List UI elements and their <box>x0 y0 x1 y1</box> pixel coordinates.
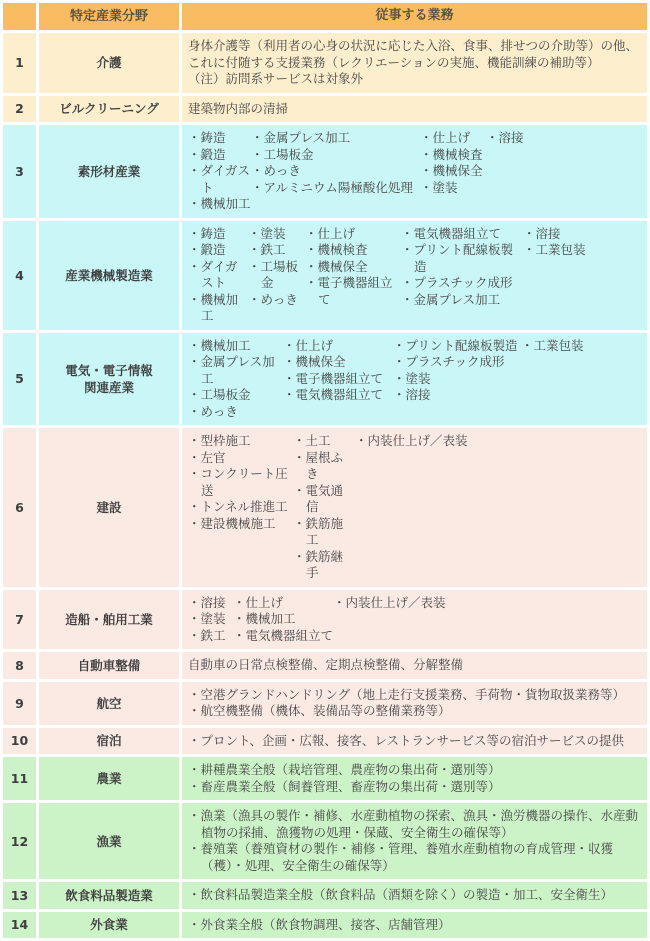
work-bullet-item: ・機械検査 <box>420 147 486 164</box>
work-bullet-item: ・漁業（漁具の製作・補修、水産動植物の探索、漁具・漁労機器の操作、水産動植物の採… <box>188 808 641 841</box>
header-field-cell: 特定産業分野 <box>39 3 179 30</box>
work-column: ・溶接 <box>486 130 641 147</box>
work-bullet-item: ・工業包装 <box>521 338 641 355</box>
industry-field-cell: 介護 <box>39 33 179 93</box>
work-bullet-item: ・電気機器組立て <box>233 628 333 645</box>
industry-field-cell: 素形材産業 <box>39 125 179 218</box>
work-bullet-item: ・電子機器組立て <box>305 275 401 308</box>
work-bullet-item: ・プロント、企画・広報、接客、レストランサービス等の宿泊サービスの提供 <box>188 733 641 750</box>
work-bullet-item: ・プリント配線板製造 <box>393 338 521 355</box>
work-bullet-item: ・電気機器組立て <box>283 387 393 404</box>
work-bullet-item: ・プリント配線板製造 <box>401 242 523 275</box>
work-bullet-item: ・金属プレス加工 <box>188 354 283 387</box>
row-number-cell: 4 <box>3 221 36 330</box>
row-number-cell: 11 <box>3 757 36 800</box>
work-bullet-item: ・工場板金 <box>251 147 420 164</box>
work-bullet-item: ・耕種農業全般（栽培管理、農産物の集出荷・選別等） <box>188 762 641 779</box>
work-description-cell: 自動車の日常点検整備、定期点検整備、分解整備 <box>182 652 647 679</box>
work-bullet-item: ・外食業全般（飲食物調理、接客、店舗管理） <box>188 917 641 934</box>
work-description-cell: 身体介護等（利用者の心身の状況に応じた入浴、食事、排せつの介助等）の他、これに付… <box>182 33 647 93</box>
work-description-cell: ・溶接・塗装・鉄工・仕上げ・機械加工・電気機器組立て・内装仕上げ／表装 <box>182 590 647 650</box>
work-bullet-item: ・仕上げ <box>283 338 393 355</box>
header-work-cell: 従事する業務 <box>182 3 647 30</box>
work-description-cell: ・外食業全般（飲食物調理、接客、店舗管理） <box>182 912 647 939</box>
work-bullet-item: ・溶接 <box>486 130 641 147</box>
work-bullet-item: ・仕上げ <box>305 226 401 243</box>
industry-field-cell: 漁業 <box>39 803 179 879</box>
work-bullet-item: ・内装仕上げ／表装 <box>333 595 641 612</box>
work-bullet-item: ・型枠施工 <box>188 433 293 450</box>
work-bullet-item: ・機械保全 <box>283 354 393 371</box>
industry-field-cell: 電気・電子情報 関連産業 <box>39 333 179 426</box>
row-number-cell: 2 <box>3 96 36 123</box>
work-bullet-item: ・塗装 <box>420 180 486 197</box>
row-number-cell: 8 <box>3 652 36 679</box>
work-column: ・型枠施工・左官・コンクリート圧送・トンネル推進工・建設機械施工 <box>188 433 293 532</box>
work-bullet-item: ・建設機械施工 <box>188 516 293 533</box>
row-number-cell: 3 <box>3 125 36 218</box>
work-bullet-item: ・飲食料品製造業全般（飲食料品（酒類を除く）の製造・加工、安全衛生） <box>188 887 641 904</box>
row-number-cell: 14 <box>3 912 36 939</box>
table-row: 7造船・舶用工業・溶接・塗装・鉄工・仕上げ・機械加工・電気機器組立て・内装仕上げ… <box>3 590 647 650</box>
row-number-cell: 12 <box>3 803 36 879</box>
work-column: ・仕上げ・機械加工・電気機器組立て <box>233 595 333 645</box>
row-number-cell: 1 <box>3 33 36 93</box>
work-line: 身体介護等（利用者の心身の状況に応じた入浴、食事、排せつの介助等）の他、これに付… <box>188 38 641 71</box>
work-bullet-item: ・仕上げ <box>233 595 333 612</box>
table-header-row: 特定産業分野 従事する業務 <box>3 3 647 30</box>
work-column: ・工業包装 <box>521 338 641 355</box>
work-bullet-item: ・鍛造 <box>188 147 251 164</box>
work-bullet-item: ・塗装 <box>248 226 305 243</box>
work-bullet-item: ・アルミニウム陽極酸化処理 <box>251 180 420 197</box>
work-column: ・溶接・塗装・鉄工 <box>188 595 233 645</box>
work-description-cell: 建築物内部の清掃 <box>182 96 647 123</box>
industry-field-cell: 農業 <box>39 757 179 800</box>
industry-fields-table: 特定産業分野 従事する業務 1介護身体介護等（利用者の心身の状況に応じた入浴、食… <box>0 0 650 941</box>
industry-field-cell: 産業機械製造業 <box>39 221 179 330</box>
row-number-cell: 5 <box>3 333 36 426</box>
work-line: 自動車の日常点検整備、定期点検整備、分解整備 <box>188 657 641 674</box>
table-row: 11農業・耕種農業全般（栽培管理、農産物の集出荷・選別等）・畜産農業全般（飼養管… <box>3 757 647 800</box>
table-row: 14外食業・外食業全般（飲食物調理、接客、店舗管理） <box>3 912 647 939</box>
work-line: （注）訪問系サービスは対象外 <box>188 71 641 88</box>
work-column: ・仕上げ・機械保全・電子機器組立て・電気機器組立て <box>283 338 393 404</box>
work-bullet-item: ・塗装 <box>393 371 521 388</box>
work-bullet-item: ・養殖業（養殖資材の製作・補修・管理、養殖水産動植物の育成管理・収獲（穫）・処理… <box>188 841 641 874</box>
work-bullet-item: ・溶接 <box>188 595 233 612</box>
work-bullet-item: ・左官 <box>188 450 293 467</box>
work-bullet-item: ・畜産農業全般（飼養管理、畜産物の集出荷・選別等） <box>188 779 641 796</box>
work-bullet-item: ・鉄筋施工 <box>293 516 355 549</box>
work-bullet-item: ・航空機整備（機体、装備品等の整備業務等） <box>188 703 641 720</box>
table-row: 2ビルクリーニング建築物内部の清掃 <box>3 96 647 123</box>
work-column: ・土工・屋根ふき・電気通信・鉄筋施工・鉄筋継手 <box>293 433 355 582</box>
work-columns: ・溶接・塗装・鉄工・仕上げ・機械加工・電気機器組立て・内装仕上げ／表装 <box>188 595 641 645</box>
work-bullet-item: ・工場板金 <box>248 259 305 292</box>
work-bullet-item: ・めっき <box>188 404 283 421</box>
work-bullet-item: ・電気機器組立て <box>401 226 523 243</box>
header-number-cell <box>3 3 36 30</box>
work-bullet-item: ・機械保全 <box>420 163 486 180</box>
industry-field-cell: 自動車整備 <box>39 652 179 679</box>
work-bullet-item: ・鉄工 <box>248 242 305 259</box>
industry-field-cell: 宿泊 <box>39 728 179 755</box>
row-number-cell: 9 <box>3 682 36 725</box>
table-row: 4産業機械製造業・鋳造・鍛造・ダイガスト・機械加工・塗装・鉄工・工場板金・めっき… <box>3 221 647 330</box>
row-number-cell: 10 <box>3 728 36 755</box>
work-column: ・内装仕上げ／表装 <box>333 595 641 612</box>
work-bullet-item: ・鉄筋継手 <box>293 549 355 582</box>
work-columns: ・機械加工・金属プレス加工・工場板金・めっき・仕上げ・機械保全・電子機器組立て・… <box>188 338 641 421</box>
work-bullet-item: ・プラスチック成形 <box>393 354 521 371</box>
work-bullet-item: ・工場板金 <box>188 387 283 404</box>
table-row: 13飲食料品製造業・飲食料品製造業全般（飲食料品（酒類を除く）の製造・加工、安全… <box>3 882 647 909</box>
work-column: ・電気機器組立て・プリント配線板製造・プラスチック成形・金属プレス加工 <box>401 226 523 309</box>
work-bullet-item: ・溶接 <box>523 226 641 243</box>
industry-field-cell: 造船・舶用工業 <box>39 590 179 650</box>
table-row: 10宿泊・プロント、企画・広報、接客、レストランサービス等の宿泊サービスの提供 <box>3 728 647 755</box>
work-bullet-item: ・屋根ふき <box>293 450 355 483</box>
work-bullet-item: ・ダイガスト <box>188 259 248 292</box>
work-bullet-item: ・電子機器組立て <box>283 371 393 388</box>
row-number-cell: 13 <box>3 882 36 909</box>
table-row: 5電気・電子情報 関連産業・機械加工・金属プレス加工・工場板金・めっき・仕上げ・… <box>3 333 647 426</box>
work-column: ・仕上げ・機械検査・機械保全・塗装 <box>420 130 486 196</box>
work-column: ・内装仕上げ／表装 <box>355 433 641 450</box>
work-bullet-item: ・めっき <box>248 292 305 309</box>
work-description-cell: ・漁業（漁具の製作・補修、水産動植物の探索、漁具・漁労機器の操作、水産動植物の採… <box>182 803 647 879</box>
work-bullet-item: ・機械加工 <box>188 196 251 213</box>
row-number-cell: 7 <box>3 590 36 650</box>
work-description-cell: ・空港グランドハンドリング（地上走行支援業務、手荷物・貨物取扱業務等）・航空機整… <box>182 682 647 725</box>
work-bullet-item: ・仕上げ <box>420 130 486 147</box>
work-description-cell: ・耕種農業全般（栽培管理、農産物の集出荷・選別等）・畜産農業全般（飼養管理、畜産… <box>182 757 647 800</box>
work-columns: ・鋳造・鍛造・ダイガスト・機械加工・塗装・鉄工・工場板金・めっき・仕上げ・機械検… <box>188 226 641 325</box>
work-bullet-item: ・内装仕上げ／表装 <box>355 433 641 450</box>
work-column: ・機械加工・金属プレス加工・工場板金・めっき <box>188 338 283 421</box>
work-column: ・鋳造・鍛造・ダイガスト・機械加工 <box>188 130 251 213</box>
industry-field-cell: 建設 <box>39 428 179 587</box>
work-columns: ・鋳造・鍛造・ダイガスト・機械加工・金属プレス加工・工場板金・めっき・アルミニウ… <box>188 130 641 213</box>
work-column: ・塗装・鉄工・工場板金・めっき <box>248 226 305 309</box>
work-bullet-item: ・金属プレス加工 <box>251 130 420 147</box>
table-row: 9航空・空港グランドハンドリング（地上走行支援業務、手荷物・貨物取扱業務等）・航… <box>3 682 647 725</box>
work-column: ・仕上げ・機械検査・機械保全・電子機器組立て <box>305 226 401 309</box>
work-column: ・プリント配線板製造・プラスチック成形・塗装・溶接 <box>393 338 521 404</box>
work-bullet-item: ・鋳造 <box>188 226 248 243</box>
work-bullet-item: ・金属プレス加工 <box>401 292 523 309</box>
work-bullet-item: ・プラスチック成形 <box>401 275 523 292</box>
work-bullet-item: ・溶接 <box>393 387 521 404</box>
work-bullet-item: ・ダイガスト <box>188 163 251 196</box>
work-bullet-item: ・機械検査 <box>305 242 401 259</box>
work-description-cell: ・鋳造・鍛造・ダイガスト・機械加工・金属プレス加工・工場板金・めっき・アルミニウ… <box>182 125 647 218</box>
industry-field-cell: 外食業 <box>39 912 179 939</box>
row-number-cell: 6 <box>3 428 36 587</box>
work-bullet-item: ・電気通信 <box>293 483 355 516</box>
work-bullet-item: ・鋳造 <box>188 130 251 147</box>
work-columns: ・型枠施工・左官・コンクリート圧送・トンネル推進工・建設機械施工・土工・屋根ふき… <box>188 433 641 582</box>
industry-field-cell: 飲食料品製造業 <box>39 882 179 909</box>
work-bullet-item: ・塗装 <box>188 611 233 628</box>
table-row: 12漁業・漁業（漁具の製作・補修、水産動植物の探索、漁具・漁労機器の操作、水産動… <box>3 803 647 879</box>
work-description-cell: ・鋳造・鍛造・ダイガスト・機械加工・塗装・鉄工・工場板金・めっき・仕上げ・機械検… <box>182 221 647 330</box>
work-column: ・鋳造・鍛造・ダイガスト・機械加工 <box>188 226 248 325</box>
work-bullet-item: ・空港グランドハンドリング（地上走行支援業務、手荷物・貨物取扱業務等） <box>188 687 641 704</box>
work-bullet-item: ・土工 <box>293 433 355 450</box>
work-bullet-item: ・鉄工 <box>188 628 233 645</box>
work-description-cell: ・機械加工・金属プレス加工・工場板金・めっき・仕上げ・機械保全・電子機器組立て・… <box>182 333 647 426</box>
work-column: ・溶接・工業包装 <box>523 226 641 259</box>
work-bullet-item: ・鍛造 <box>188 242 248 259</box>
work-bullet-item: ・トンネル推進工 <box>188 499 293 516</box>
work-bullet-item: ・機械加工 <box>233 611 333 628</box>
work-column: ・金属プレス加工・工場板金・めっき・アルミニウム陽極酸化処理 <box>251 130 420 196</box>
table-row: 3素形材産業・鋳造・鍛造・ダイガスト・機械加工・金属プレス加工・工場板金・めっき… <box>3 125 647 218</box>
table-row: 1介護身体介護等（利用者の心身の状況に応じた入浴、食事、排せつの介助等）の他、こ… <box>3 33 647 93</box>
work-description-cell: ・型枠施工・左官・コンクリート圧送・トンネル推進工・建設機械施工・土工・屋根ふき… <box>182 428 647 587</box>
work-bullet-item: ・機械加工 <box>188 292 248 325</box>
work-description-cell: ・プロント、企画・広報、接客、レストランサービス等の宿泊サービスの提供 <box>182 728 647 755</box>
work-bullet-item: ・コンクリート圧送 <box>188 466 293 499</box>
work-line: 建築物内部の清掃 <box>188 101 641 118</box>
industry-field-cell: ビルクリーニング <box>39 96 179 123</box>
work-bullet-item: ・機械加工 <box>188 338 283 355</box>
table-row: 8自動車整備自動車の日常点検整備、定期点検整備、分解整備 <box>3 652 647 679</box>
work-bullet-item: ・機械保全 <box>305 259 401 276</box>
work-description-cell: ・飲食料品製造業全般（飲食料品（酒類を除く）の製造・加工、安全衛生） <box>182 882 647 909</box>
work-bullet-item: ・工業包装 <box>523 242 641 259</box>
work-bullet-item: ・めっき <box>251 163 420 180</box>
table-row: 6建設・型枠施工・左官・コンクリート圧送・トンネル推進工・建設機械施工・土工・屋… <box>3 428 647 587</box>
industry-field-cell: 航空 <box>39 682 179 725</box>
